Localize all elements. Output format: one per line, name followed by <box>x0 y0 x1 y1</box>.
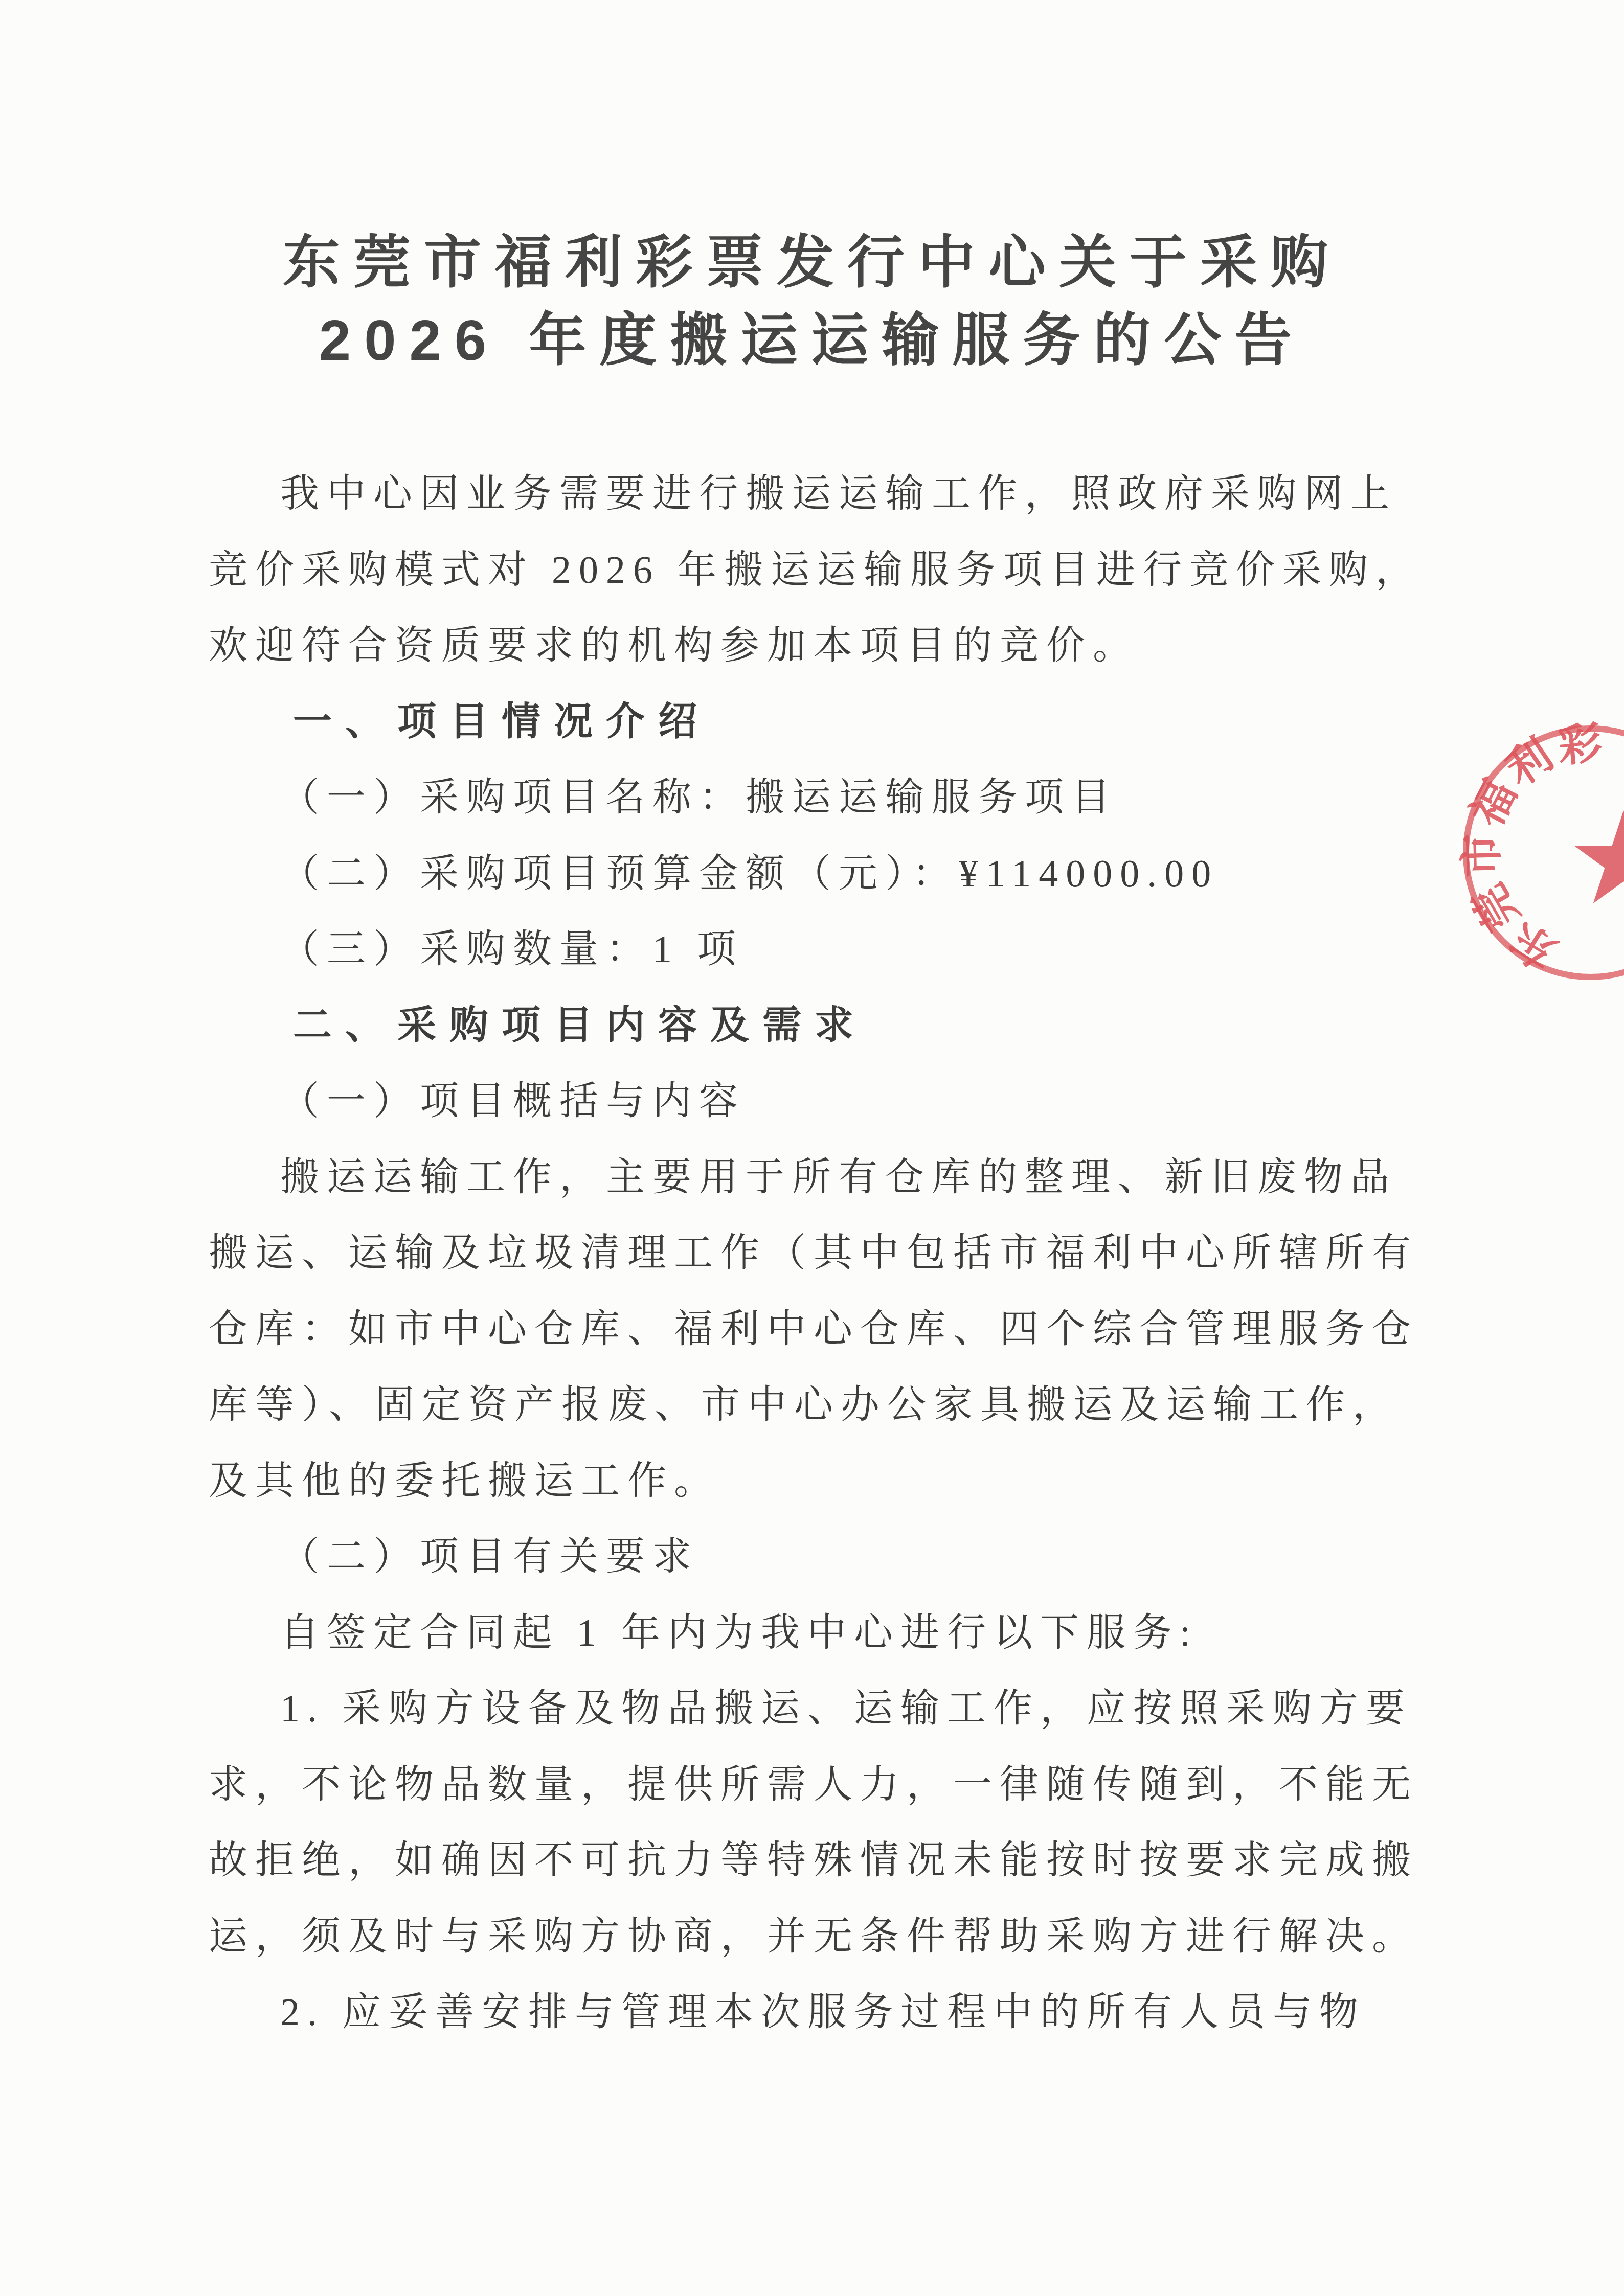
document-line: 库等）、固定资产报废、市中心办公家具搬运及运输工作， <box>209 1367 1431 1443</box>
document-line: 搬运运输工作，主要用于所有仓库的整理、新旧废物品 <box>209 1140 1431 1216</box>
seal-ring-icon <box>1463 725 1624 980</box>
document-line: 2. 应妥善安排与管理本次服务过程中的所有人员与物 <box>209 1974 1431 2051</box>
document-line: 1. 采购方设备及物品搬运、运输工作，应按照采购方要 <box>209 1671 1431 1747</box>
document-line: 欢迎符合资质要求的机构参加本项目的竞价。 <box>209 608 1431 684</box>
document-line: 自签定合同起 1 年内为我中心进行以下服务: <box>209 1595 1431 1671</box>
document-title: 东莞市福利彩票发行中心关于采购 2026 年度搬运运输服务的公告 <box>0 224 1624 379</box>
seal-character: 东 <box>1503 915 1564 975</box>
document-line: 我中心因业务需要进行搬运运输工作，照政府采购网上 <box>209 456 1431 532</box>
document-line: 仓库：如市中心仓库、福利中心仓库、四个综合管理服务仓 <box>209 1291 1431 1368</box>
document-line: （二）项目有关要求 <box>209 1519 1431 1595</box>
document-line: 运，须及时与采购方协商，并无条件帮助采购方进行解决。 <box>209 1899 1431 1975</box>
document-line: （一）项目概括与内容 <box>209 1063 1431 1140</box>
seal-character: 福 <box>1464 774 1524 833</box>
star-icon: ★ <box>1566 795 1624 923</box>
seal-character: 彩 <box>1556 721 1604 769</box>
document-line: （三）采购数量：1 项 <box>209 912 1431 988</box>
document-line: （一）采购项目名称：搬运运输服务项目 <box>209 760 1431 836</box>
title-line-2: 2026 年度搬运运输服务的公告 <box>0 302 1624 379</box>
seal-character: 市 <box>1459 833 1504 878</box>
title-line-1: 东莞市福利彩票发行中心关于采购 <box>0 224 1624 302</box>
seal-character: 利 <box>1499 732 1560 793</box>
section-heading: 二、采购项目内容及需求 <box>209 988 1431 1064</box>
document-line: 竞价采购模式对 2026 年搬运运输服务项目进行竞价采购， <box>209 532 1431 608</box>
document-line: 求，不论物品数量，提供所需人力，一律随传随到，不能无 <box>209 1747 1431 1823</box>
seal-character: 莞 <box>1466 877 1526 937</box>
section-heading: 一、项目情况介绍 <box>209 684 1431 760</box>
document-line: 搬运、运输及垃圾清理工作（其中包括市福利中心所辖所有 <box>209 1215 1431 1291</box>
document-line: （二）采购项目预算金额（元）：¥114000.00 <box>209 836 1431 912</box>
document-line: 及其他的委托搬运工作。 <box>209 1443 1431 1519</box>
document-body: 我中心因业务需要进行搬运运输工作，照政府采购网上 竞价采购模式对 2026 年搬… <box>209 456 1431 2051</box>
scanned-document-page: 东莞市福利彩票发行中心关于采购 2026 年度搬运运输服务的公告 我中心因业务需… <box>0 0 1624 2296</box>
document-line: 故拒绝，如确因不可抗力等特殊情况未能按时按要求完成搬 <box>209 1823 1431 1899</box>
